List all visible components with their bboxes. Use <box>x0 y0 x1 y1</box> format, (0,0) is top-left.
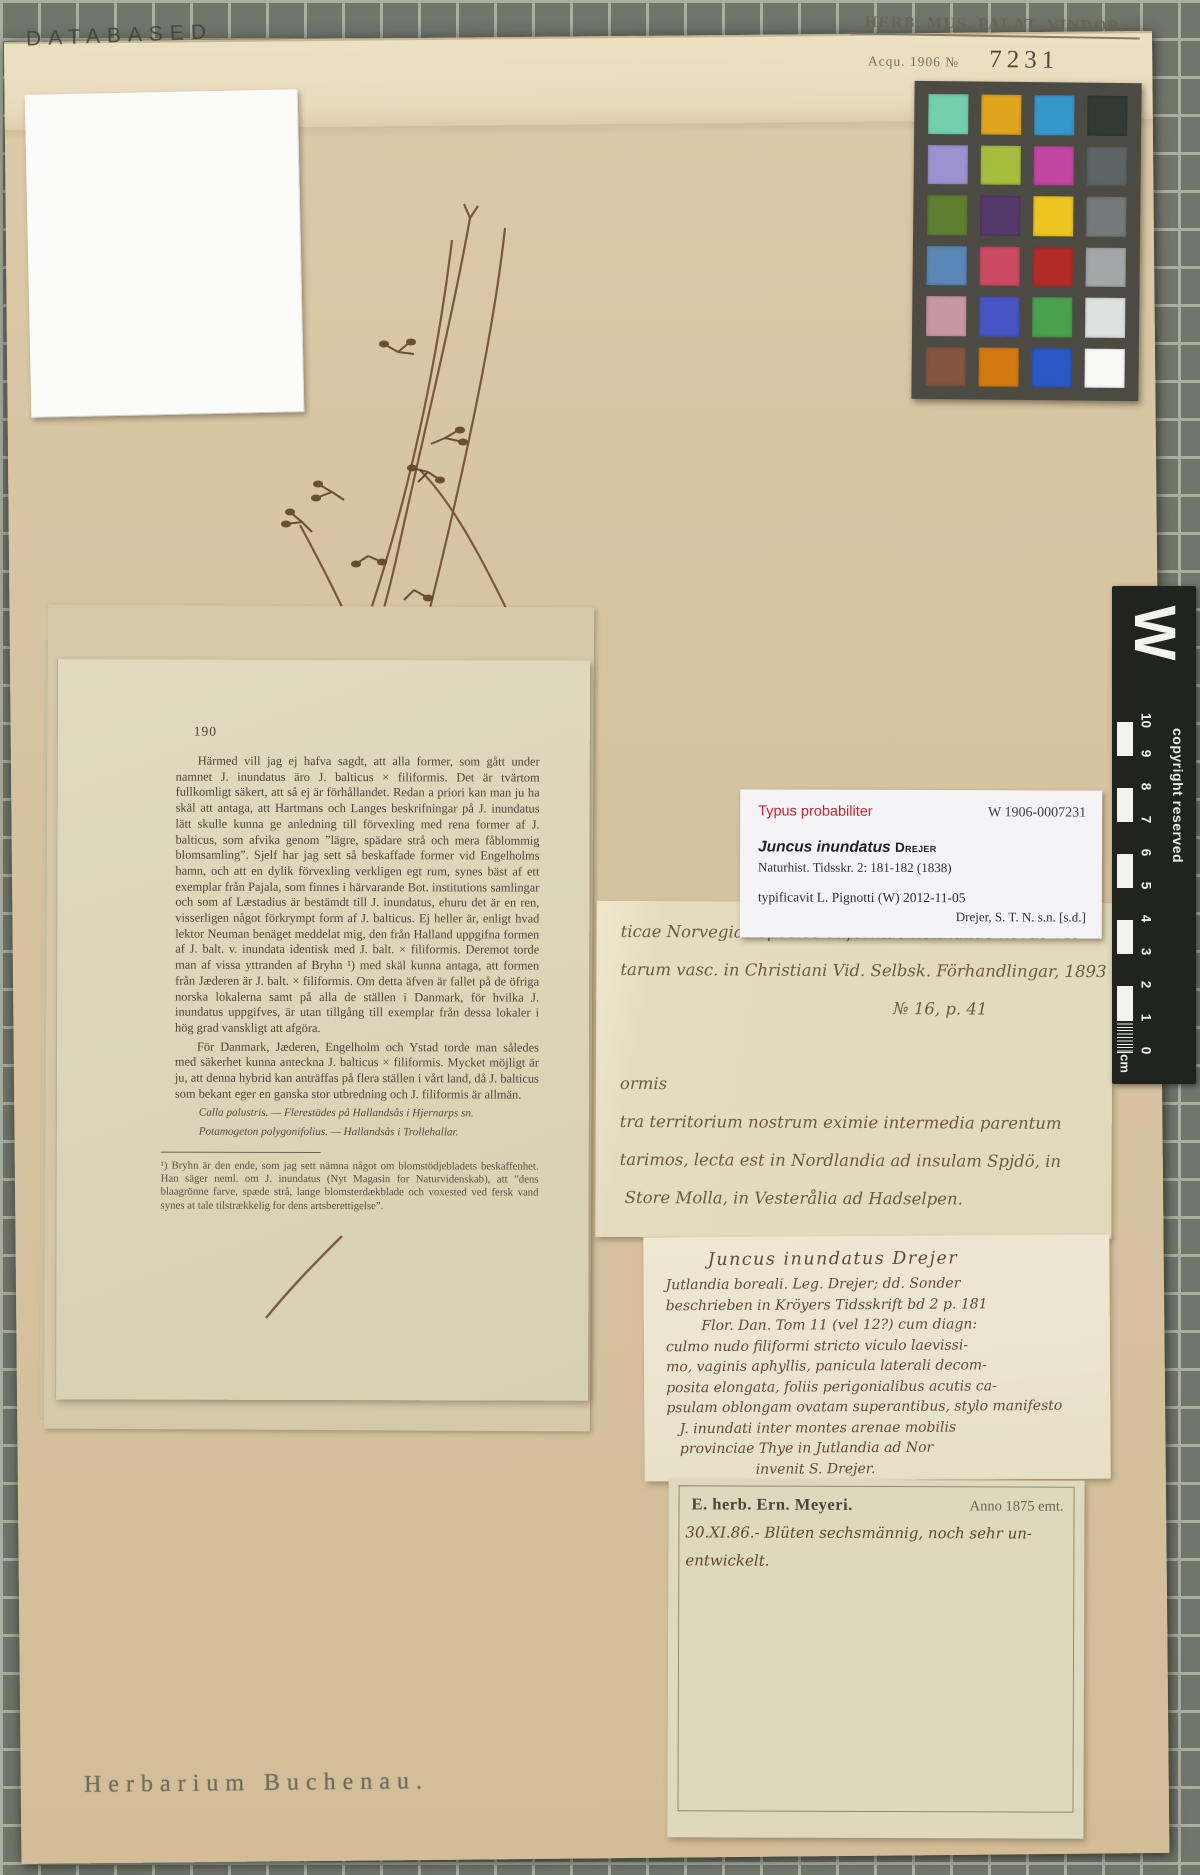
acquisition-number: 7231 <box>989 46 1059 75</box>
meyeri-note-line: entwickelt. <box>685 1546 1063 1575</box>
field-note-line: Juncus inundatus Drejer <box>665 1245 1061 1273</box>
ruler-block <box>1117 788 1133 821</box>
field-note-line: Jutlandia boreali. Leg. Drejer; dd. Sond… <box>665 1273 1061 1296</box>
letter-line: tarimos, lecta est in Nordlandia ad insu… <box>620 1141 1104 1181</box>
barcode-number: W 1906-0007231 <box>988 805 1086 821</box>
acquisition-prefix: Acqu. 1906 № <box>868 53 959 70</box>
ruler-number: 9 <box>1139 744 1154 764</box>
ruler-blocks <box>1117 722 1133 1053</box>
color-patch <box>1031 348 1071 388</box>
ruler-number: 4 <box>1139 909 1154 929</box>
ruler-number: 8 <box>1139 777 1154 797</box>
field-note-line: psulam oblongam ovatam superantibus, sty… <box>666 1396 1062 1419</box>
page-paragraph: För Danmark, Jæderen, Engelholm och Ysta… <box>175 1039 539 1103</box>
scale-bar: W 109876543210 cm copyright reserved <box>1112 586 1196 1084</box>
ruler-block <box>1117 986 1133 1019</box>
taxon-author: Drejer <box>895 840 937 855</box>
meyeri-label-border: E. herb. Ern. Meyeri. Anno 1875 emt. 30.… <box>677 1485 1074 1812</box>
field-note-text: Juncus inundatus DrejerJutlandia boreali… <box>665 1245 1062 1480</box>
reference-citation: Naturhist. Tidsskr. 2: 181-182 (1838) <box>758 859 1086 876</box>
ruler-number: 6 <box>1139 843 1154 863</box>
letter-line: ormis <box>620 1065 1104 1105</box>
meyeri-header-right: Anno 1875 emt. <box>970 1498 1064 1515</box>
ruler-number: 0 <box>1139 1041 1154 1061</box>
field-note-line: invenit S. Drejer. <box>667 1457 1063 1480</box>
color-patch <box>980 246 1020 286</box>
handwritten-letter: ticae Norvegiae species et formae nonnul… <box>595 901 1112 1239</box>
color-patch <box>928 94 968 134</box>
photo-background: DATABASED HERB. MUS. PALAT. VINDOB. Acqu… <box>0 0 1200 1875</box>
color-patch <box>1084 348 1124 388</box>
color-patch <box>927 245 967 285</box>
color-patch <box>1087 146 1127 186</box>
meyeri-label: E. herb. Ern. Meyeri. Anno 1875 emt. 30.… <box>667 1479 1084 1838</box>
ruler-number: 7 <box>1139 810 1154 830</box>
ruler-numbers: 109876543210 <box>1136 722 1156 1052</box>
field-note-line: culmo nudo filiformi stricto viculo laev… <box>666 1334 1062 1357</box>
color-patch <box>1085 298 1125 338</box>
color-calibration-chart <box>911 81 1141 401</box>
color-patch <box>1086 247 1126 287</box>
species-notes: Calla palustris. — Flerestädes på Hallan… <box>175 1106 539 1140</box>
ruler-unit: cm <box>1118 1054 1133 1074</box>
color-patch <box>980 196 1020 236</box>
color-patch <box>928 144 968 184</box>
color-patch <box>1033 247 1073 287</box>
ruler-block <box>1117 821 1133 854</box>
ruler-number: 5 <box>1139 876 1154 896</box>
field-note-line: mo, vaginis aphyllis, panicula laterali … <box>666 1355 1062 1378</box>
color-chart-grid <box>925 94 1127 388</box>
footnote-rule <box>161 1151 321 1152</box>
color-patch <box>1032 297 1072 337</box>
ruler-block <box>1117 920 1133 953</box>
page-text: Härmed vill jag ej hafva sagdt, att alla… <box>175 754 540 1214</box>
color-patch <box>925 346 965 386</box>
determination-label: Typus probabiliter W 1906-0007231 Juncus… <box>740 789 1103 938</box>
color-patch <box>1033 196 1073 236</box>
field-note: Juncus inundatus DrejerJutlandia boreali… <box>643 1235 1110 1482</box>
color-patch <box>1086 197 1126 237</box>
ruler-number: 10 <box>1139 711 1154 731</box>
letter-line: № 16, p. 41 <box>620 989 1104 1029</box>
color-patch <box>1034 95 1074 135</box>
color-patch <box>1087 96 1127 136</box>
letter-text: ticae Norvegiae species et formae nonnul… <box>619 913 1104 1219</box>
herbarium-buchenau-stamp: Herbarium Buchenau. <box>84 1768 429 1799</box>
ruler-block <box>1117 887 1133 920</box>
ruler-block <box>1117 755 1133 788</box>
footnote-text: ¹) Bryhn är den ende, som jag sett nämna… <box>161 1159 539 1214</box>
page-paragraph: Härmed vill jag ej hafva sagdt, att alla… <box>175 754 540 1038</box>
ruler-block <box>1117 722 1133 755</box>
letter-line: Store Molla, in Vesterålia ad Hadselpen. <box>619 1179 1103 1219</box>
color-patch <box>978 347 1018 387</box>
letter-line: tarum vasc. in Christiani Vid. Selbsk. F… <box>620 951 1104 991</box>
letter-line: tra territorium nostrum eximie intermedi… <box>620 1103 1104 1143</box>
letter-line <box>620 1027 1104 1067</box>
ruler-number: 2 <box>1139 975 1154 995</box>
color-patch <box>1034 146 1074 186</box>
ruler-block <box>1117 1019 1133 1052</box>
color-patch <box>927 195 967 235</box>
acquisition-stamp: Acqu. 1906 № 7231 <box>868 44 1108 75</box>
field-note-line: provinciae Thye in Jutlandia ad Nor <box>666 1437 1062 1460</box>
field-note-line: J. inundati inter montes arenae mobilis <box>666 1416 1062 1439</box>
ruler-block <box>1117 953 1133 986</box>
meyeri-note-line: 30.XI.86.- Blüten sechsmännig, noch sehr… <box>685 1518 1063 1547</box>
field-note-line: Flor. Dan. Tom 11 (vel 12?) cum diagn: <box>666 1314 1062 1337</box>
taxon-line: Juncus inundatus Drejer <box>758 838 1086 857</box>
color-patch <box>926 296 966 336</box>
museum-w-logo: W <box>1125 606 1183 661</box>
specimen-envelope <box>25 89 305 418</box>
typification-note: typificavit L. Pignotti (W) 2012-11-05 <box>758 889 1086 906</box>
species-note-line: Calla palustris. — Flerestädes på Hallan… <box>175 1106 539 1122</box>
ruler-number: 1 <box>1139 1008 1154 1028</box>
color-patch <box>979 297 1019 337</box>
printed-journal-page: 190 Härmed vill jag ej hafva sagdt, att … <box>55 659 590 1400</box>
ruler-block <box>1117 854 1133 887</box>
meyeri-note: 30.XI.86.- Blüten sechsmännig, noch sehr… <box>679 1514 1073 1575</box>
page-paragraphs: Härmed vill jag ej hafva sagdt, att alla… <box>175 754 540 1103</box>
meyeri-header-left: E. herb. Ern. Meyeri. <box>692 1494 853 1515</box>
ruler-number: 3 <box>1139 942 1154 962</box>
type-status: Typus probabiliter <box>758 803 873 819</box>
field-note-line: beschrieben in Kröyers Tidsskrift bd 2 p… <box>666 1293 1062 1316</box>
copyright-text: copyright reserved <box>1170 728 1186 1056</box>
field-note-line: posita elongata, foliis perigonialibus a… <box>666 1375 1062 1398</box>
taxon-name: Juncus inundatus <box>758 838 891 855</box>
page-number: 190 <box>194 724 217 740</box>
color-patch <box>981 95 1021 135</box>
collector-line: Drejer, S. T. N. s.n. [s.d.] <box>758 908 1086 925</box>
species-note-line: Potamogeton polygonifolius. — Hallandsås… <box>175 1125 539 1141</box>
color-patch <box>981 145 1021 185</box>
